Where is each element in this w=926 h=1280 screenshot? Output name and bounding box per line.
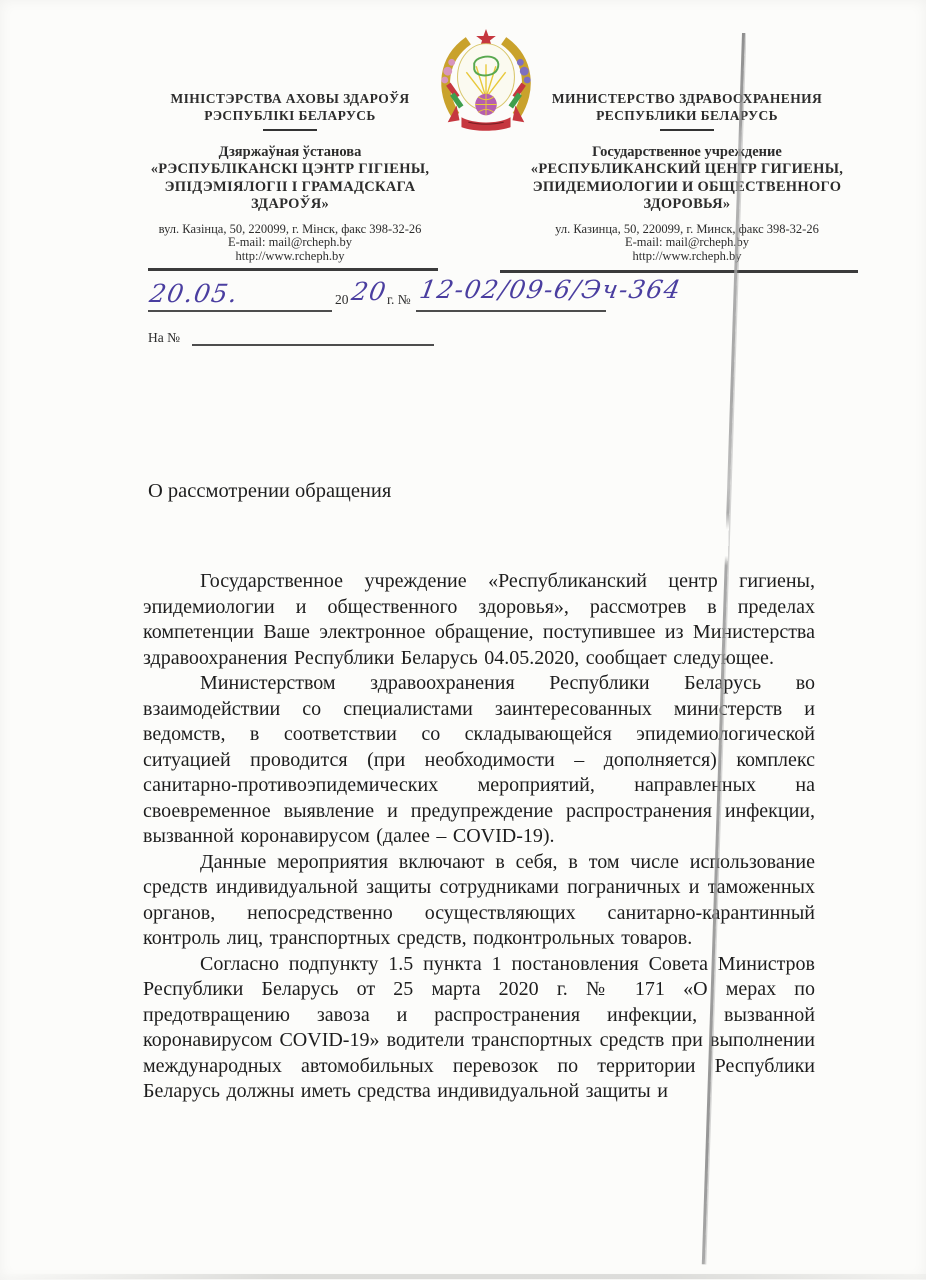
handwritten-year: 20 (349, 277, 389, 306)
email-ru: E-mail: mail@rcheph.by (503, 236, 871, 250)
letterhead-russian: МИНИСТЕРСТВО ЗДРАВООХРАНЕНИЯ РЕСПУБЛИКИ … (503, 90, 871, 263)
body-paragraph: Согласно подпункту 1.5 пункта 1 постанов… (143, 952, 815, 1105)
printed-number-label: г. № (387, 292, 411, 308)
date-fill-line (148, 310, 332, 312)
ministry-name-by-line1: МІНІСТЭРСТВА АХОВЫ ЗДАРОЎЯ (118, 90, 462, 107)
ministry-divider-left (263, 129, 317, 131)
org-type-ru: Государственное учреждение (503, 143, 871, 161)
letterhead-belarusian: МІНІСТЭРСТВА АХОВЫ ЗДАРОЎЯ РЭСПУБЛІКІ БЕ… (118, 90, 462, 263)
ministry-name-ru-line2: РЕСПУБЛИКИ БЕЛАРУСЬ (503, 107, 871, 124)
ministry-name-by-line2: РЭСПУБЛІКІ БЕЛАРУСЬ (118, 107, 462, 124)
org-name-ru-line3: ЗДОРОВЬЯ» (503, 196, 871, 214)
email-by: E-mail: mail@rcheph.by (118, 236, 462, 250)
ministry-divider-right (660, 129, 714, 131)
handwritten-date: 20.05. (147, 279, 241, 308)
scanned-letter-page: МІНІСТЭРСТВА АХОВЫ ЗДАРОЎЯ РЭСПУБЛІКІ БЕ… (0, 0, 926, 1280)
letter-body: Государственное учреждение «Республиканс… (143, 569, 815, 1105)
org-type-by: Дзяржаўная ўстанова (118, 143, 462, 161)
subject-line: О рассмотрении обращения (148, 480, 391, 503)
website-by: http://www.rcheph.by (118, 250, 462, 264)
incoming-number-label: На № (148, 330, 180, 346)
handwritten-outgoing-number: 12-02/09-6/Эч-364 (417, 275, 684, 304)
address-by: вул. Казінца, 50, 220099, г. Мінск, факс… (118, 223, 462, 237)
ministry-name-ru-line1: МИНИСТЕРСТВО ЗДРАВООХРАНЕНИЯ (503, 90, 871, 107)
address-ru: ул. Казинца, 50, 220099, г. Минск, факс … (503, 223, 871, 237)
org-name-ru-line1: «РЕСПУБЛИКАНСКИЙ ЦЕНТР ГИГИЕНЫ, (503, 161, 871, 179)
body-paragraph: Министерством здравоохранения Республики… (143, 671, 815, 850)
printed-year-prefix: 20 (335, 292, 349, 308)
website-ru: http://www.rcheph.by (503, 250, 871, 264)
incoming-number-fill-line (192, 344, 434, 346)
letterhead-rule-left (148, 268, 438, 271)
reference-block: 20.05. 20 20 г. № 12-02/09-6/Эч-364 На № (148, 281, 748, 361)
body-paragraph: Государственное учреждение «Республиканс… (143, 569, 815, 671)
scan-edge-artifact (0, 1274, 926, 1279)
org-name-by-line2: ЭПІДЭМІЯЛОГІІ І ГРАМАДСКАГА (118, 179, 462, 197)
number-fill-line (416, 310, 606, 312)
org-name-by-line3: ЗДАРОЎЯ» (118, 196, 462, 214)
letterhead-rule-right (500, 270, 858, 273)
org-name-ru-line2: ЭПИДЕМИОЛОГИИ И ОБЩЕСТВЕННОГО (503, 179, 871, 197)
org-name-by-line1: «РЭСПУБЛІКАНСКІ ЦЭНТР ГІГІЕНЫ, (118, 161, 462, 179)
